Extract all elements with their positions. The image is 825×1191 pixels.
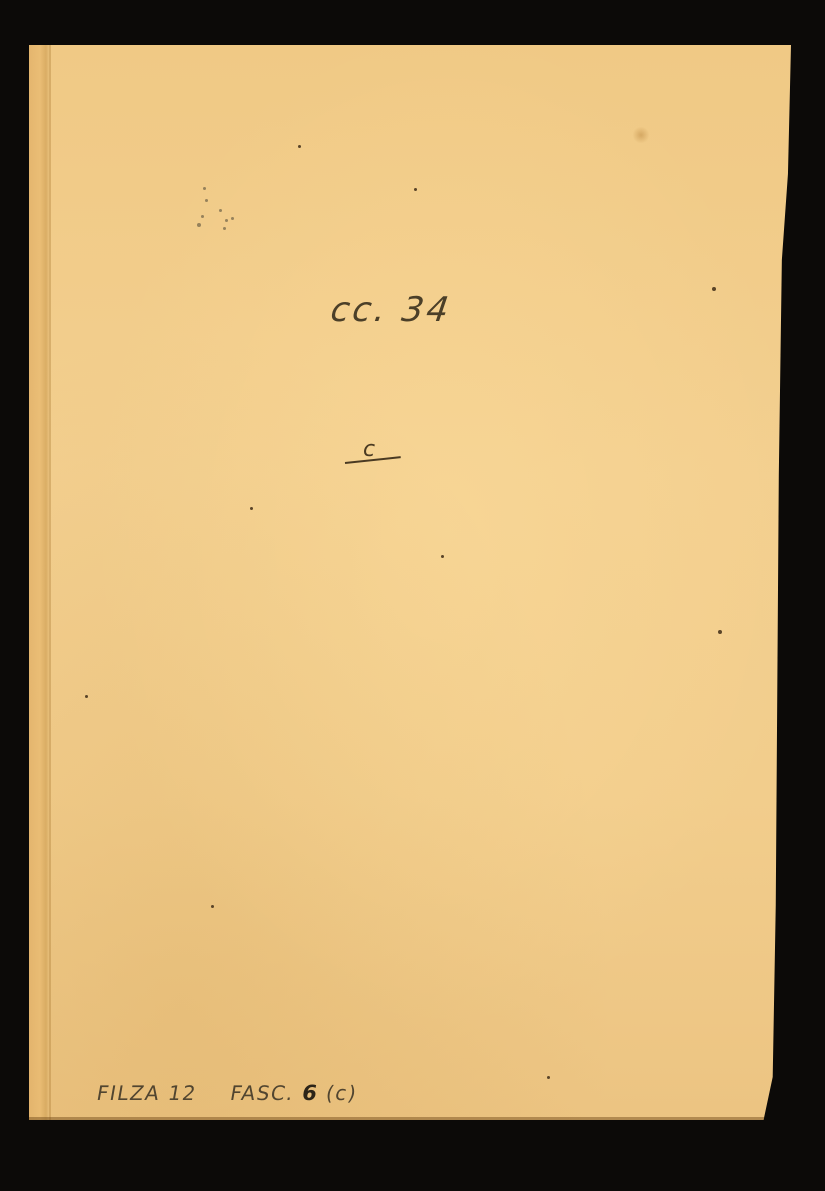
paper-speck <box>441 555 444 558</box>
filza-label: FILZA <box>95 1081 163 1105</box>
archive-shelfmark: FILZA 12 FASC. 6 (c) <box>95 1081 360 1105</box>
paper-speck <box>547 1076 550 1079</box>
paper-sheet: cc. 34 c FILZA 12 FASC. 6 (c) <box>29 45 791 1120</box>
filza-number: 12 <box>166 1081 199 1105</box>
fasc-number: 6 <box>300 1081 320 1105</box>
paper-speck <box>298 145 301 148</box>
paper-speck <box>85 695 88 698</box>
fold-crease <box>49 45 51 1120</box>
sheet-bottom-edge <box>29 1117 791 1120</box>
scan-canvas: cc. 34 c FILZA 12 FASC. 6 (c) <box>0 0 825 1191</box>
paper-speck <box>712 287 716 291</box>
paper-speck <box>718 630 722 634</box>
paper-speck <box>211 905 214 908</box>
fasc-label: FASC. <box>228 1081 296 1105</box>
faint-stamp-marks <box>195 185 235 231</box>
paper-speck <box>250 507 253 510</box>
fasc-subsection: (c) <box>324 1081 359 1105</box>
ink-smudge <box>633 127 649 143</box>
folio-count-note: cc. 34 <box>328 290 454 330</box>
paper-speck <box>414 188 417 191</box>
binding-fold-strip <box>29 45 49 1120</box>
